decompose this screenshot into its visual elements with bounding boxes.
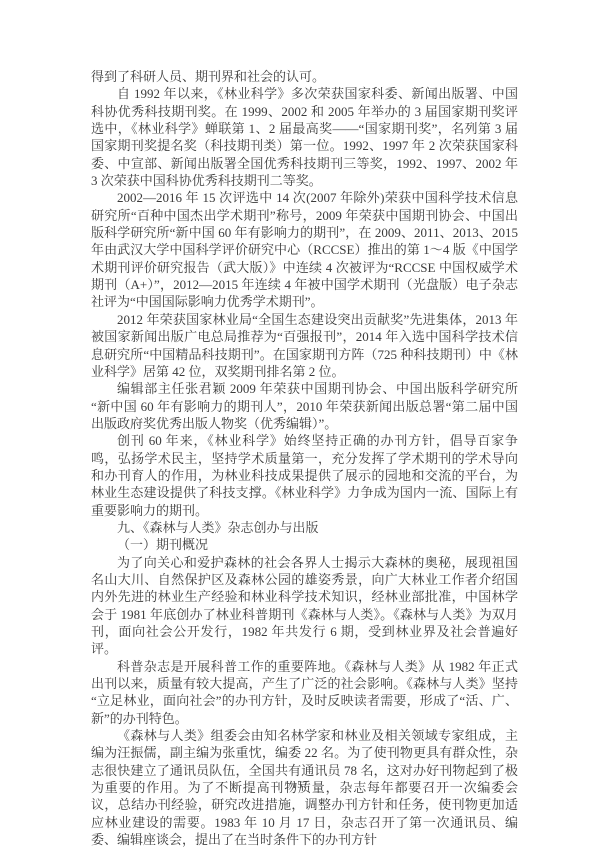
paragraph: 编辑部主任张君颖 2009 年荣获中国期刊协会、中国出版科学研究所“新中国 60… (91, 380, 518, 432)
document-page: 得到了科研人员、期刊界和社会的认可。 自 1992 年以来，《林业科学》多次荣获… (0, 0, 600, 848)
paragraph: 为了向关心和爱护森林的社会各界人士揭示大森林的奥秘，展现祖国名山大川、自然保护区… (91, 554, 518, 658)
sub-heading: （一）期刊概况 (91, 536, 518, 553)
page-body-text: 得到了科研人员、期刊界和社会的认可。 自 1992 年以来，《林业科学》多次荣获… (91, 68, 518, 848)
section-heading: 九、《森林与人类》杂志创办与出版 (91, 519, 518, 536)
paragraph: 创刊 60 年来，《林业科学》始终坚持正确的办刊方针，倡导百家争鸣，弘扬学术民主… (91, 432, 518, 519)
page-number: 157 (0, 780, 600, 791)
paragraph: 2012 年荣获国家林业局“全国生态建设突出贡献奖”先进集体，2013 年被国家… (91, 311, 518, 380)
paragraph: 科普杂志是开展科普工作的重要阵地。《森林与人类》从 1982 年正式出刊以来，质… (91, 658, 518, 727)
paragraph: 2002—2016 年 15 次评选中 14 次(2007 年除外)荣获中国科学… (91, 189, 518, 310)
paragraph: 自 1992 年以来，《林业科学》多次荣获国家科委、新闻出版署、中国科协优秀科技… (91, 85, 518, 189)
paragraph: 得到了科研人员、期刊界和社会的认可。 (91, 68, 518, 85)
